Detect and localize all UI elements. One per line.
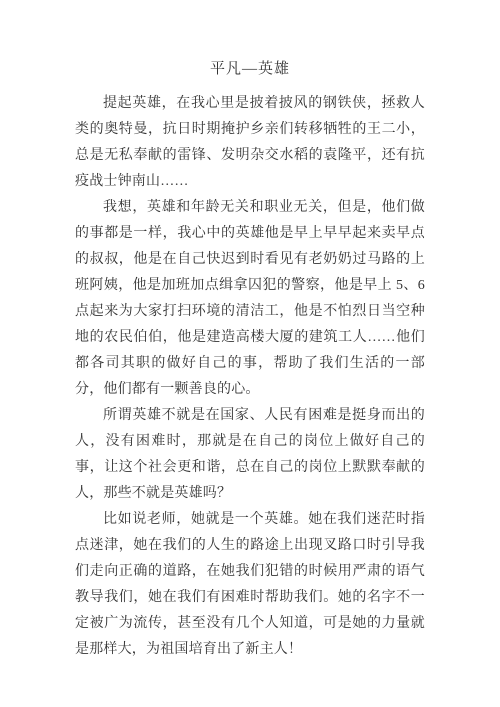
essay-body: 提起英雄，在我心里是披着披风的钢铁侠，拯救人类的奥特曼，抗日时期掩护乡亲们转移牺… <box>75 91 425 663</box>
essay-paragraph-4: 比如说老师，她就是一个英雄。她在我们迷茫时指点迷津，她在我们的人生的路途上出现叉… <box>75 507 425 663</box>
essay-paragraph-1: 提起英雄，在我心里是披着披风的钢铁侠，拯救人类的奥特曼，抗日时期掩护乡亲们转移牺… <box>75 91 425 195</box>
essay-paragraph-2: 我想，英雄和年龄无关和职业无关，但是，他们做的事都是一样，我心中的英雄他是早上早… <box>75 195 425 403</box>
essay-title: 平凡—英雄 <box>75 59 425 79</box>
document-page: 平凡—英雄 提起英雄，在我心里是披着披风的钢铁侠，拯救人类的奥特曼，抗日时期掩护… <box>0 0 500 707</box>
essay-paragraph-3: 所谓英雄不就是在国家、人民有困难是挺身而出的人，没有困难时，那就是在自己的岗位上… <box>75 403 425 507</box>
